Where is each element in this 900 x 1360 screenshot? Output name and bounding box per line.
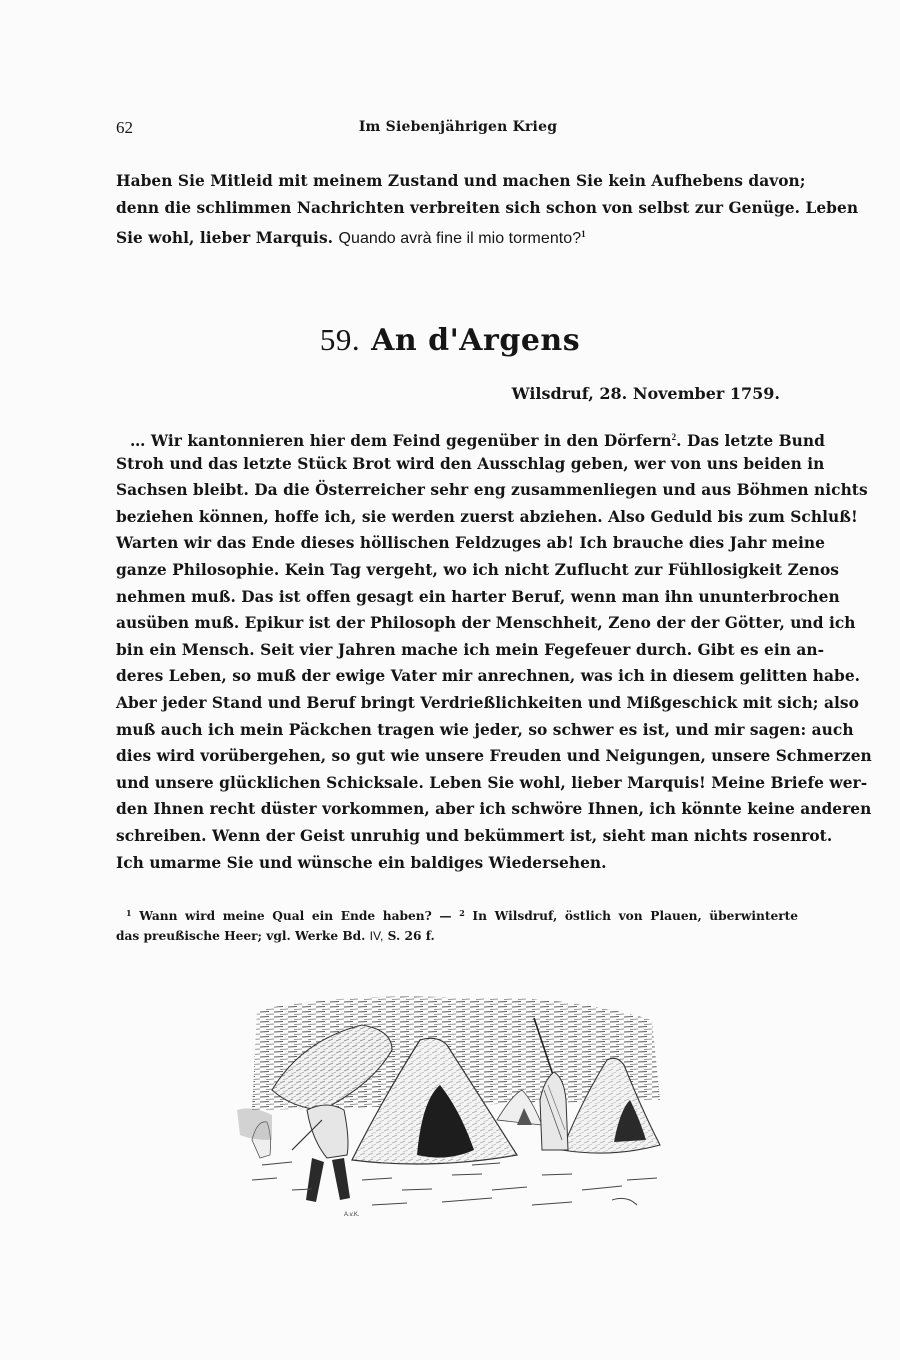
text-line: denn die schlimmen Nachrichten verbreite… [116, 195, 798, 222]
letter-title: An d'Argens [371, 323, 580, 358]
text-line: ausüben muß. Epikur ist der Philosoph de… [116, 610, 798, 637]
footnote-marker-2: 2 [459, 908, 465, 918]
text-segment: . Das letzte Bund [676, 432, 825, 450]
footnote-2-cont: das preußische Heer; vgl. Werke Bd. [116, 929, 365, 943]
text-line: deres Leben, so muß der ewige Vater mir … [116, 663, 798, 690]
place-date: Wilsdruf, 28. November 1759. [512, 384, 780, 403]
italian-quote: Quando avrà fine il mio tormento? [339, 230, 582, 247]
text-line: ganze Philosophie. Kein Tag vergeht, wo … [116, 557, 798, 584]
text-line: Aber jeder Stand und Beruf bringt Verdri… [116, 690, 798, 717]
text-line: dies wird vorübergehen, so gut wie unser… [116, 743, 798, 770]
text-line: schreiben. Wenn der Geist unruhig und be… [116, 823, 798, 850]
text-line: Stroh und das letzte Stück Brot wird den… [116, 451, 798, 478]
running-head: 62 Im Siebenjährigen Krieg [116, 118, 800, 140]
text-segment: … Wir kantonnieren hier dem Feind gegenü… [130, 432, 672, 450]
text-line: Sachsen bleibt. Da die Österreicher sehr… [116, 477, 798, 504]
text-line: … Wir kantonnieren hier dem Feind gegenü… [116, 424, 798, 451]
text-line: muß auch ich mein Päckchen tragen wie je… [116, 717, 798, 744]
footnote-ref-1[interactable]: 1 [581, 229, 586, 239]
text-line: bin ein Mensch. Seit vier Jahren mache i… [116, 637, 798, 664]
page-reference: S. 26 f. [388, 929, 435, 943]
footnote-2-text: In Wilsdruf, östlich von Plauen, überwin… [472, 909, 798, 923]
letter-heading: 59. An d'Argens [0, 322, 900, 358]
winter-camp-illustration: A.v.K. [232, 990, 662, 1220]
previous-letter-ending: Haben Sie Mitleid mit meinem Zustand und… [116, 168, 798, 248]
footnote-line: das preußische Heer; vgl. Werke Bd. IV, … [116, 926, 798, 946]
footnote-marker-1: 1 [126, 908, 132, 918]
running-title: Im Siebenjährigen Krieg [116, 119, 800, 135]
artist-signature: A.v.K. [344, 1212, 360, 1218]
book-page: 62 Im Siebenjährigen Krieg Haben Sie Mit… [0, 0, 900, 1360]
text-line: Sie wohl, lieber Marquis. Quando avrà fi… [116, 221, 798, 248]
text-line: und unsere glücklichen Schicksale. Leben… [116, 770, 798, 797]
closing-salutation: Sie wohl, lieber Marquis. [116, 229, 333, 247]
letter-number: 59. [320, 322, 360, 357]
print-speck [801, 618, 803, 620]
footnote-1-text: Wann wird meine Qual ein Ende haben? — [139, 909, 451, 923]
text-line: beziehen können, hoffe ich, sie werden z… [116, 504, 798, 531]
letter-body: … Wir kantonnieren hier dem Feind gegenü… [116, 424, 798, 876]
text-line: Haben Sie Mitleid mit meinem Zustand und… [116, 168, 798, 195]
footnote-line: 1 Wann wird meine Qual ein Ende haben? —… [116, 903, 798, 926]
text-line: Ich umarme Sie und wünsche ein baldiges … [116, 850, 798, 877]
text-line: den Ihnen recht düster vorkommen, aber i… [116, 796, 798, 823]
footnotes: 1 Wann wird meine Qual ein Ende haben? —… [116, 903, 798, 946]
text-line: nehmen muß. Das ist offen gesagt ein har… [116, 584, 798, 611]
engraving-image: A.v.K. [232, 990, 662, 1220]
text-line: Warten wir das Ende dieses höllischen Fe… [116, 530, 798, 557]
volume-number: IV, [370, 929, 384, 943]
